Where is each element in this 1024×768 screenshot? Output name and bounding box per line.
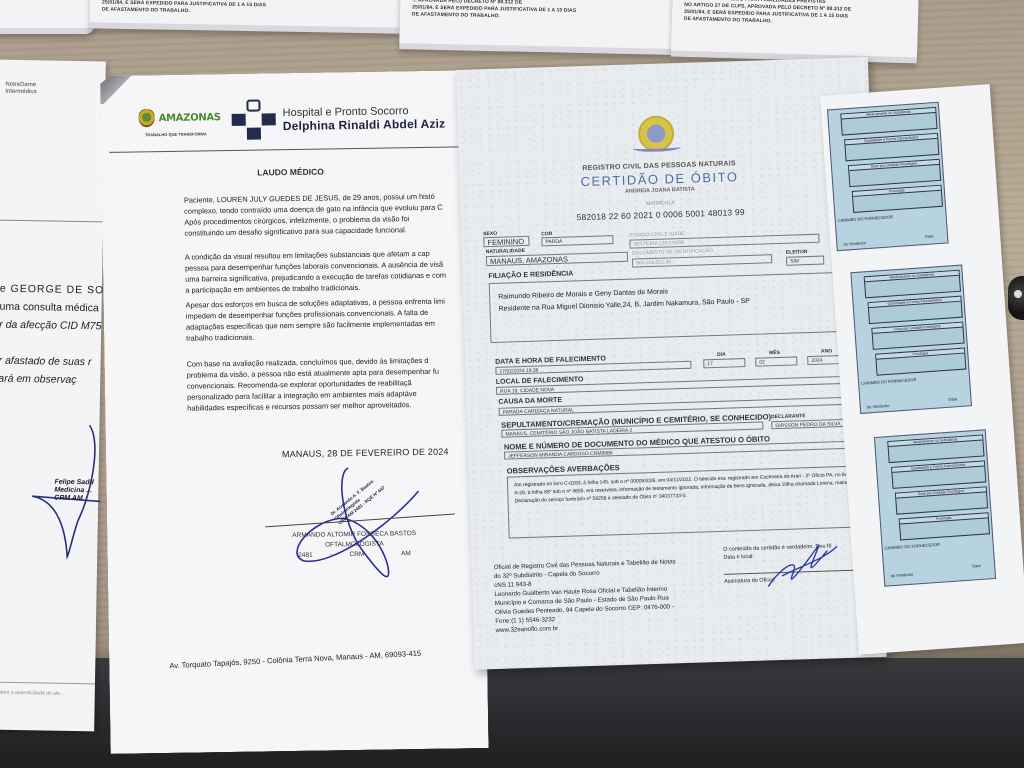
logo-line: Intermédica [5, 89, 36, 97]
form-caption: Quantidade e Forma Farmacêutica [869, 297, 961, 308]
gov-tagline: TRABALHO QUE TRANSFORMA [145, 131, 207, 137]
field-label: DOCUMENTO DE IDENTIFICAÇÃO [632, 248, 713, 257]
divider [0, 681, 95, 685]
form-cell: Posologia [875, 348, 966, 376]
form-cell: Medicamento ou Substância [887, 434, 984, 463]
paper-stack-1 [0, 0, 95, 28]
paragraph-1: Paciente, LOUREN JULY GUEDES DE JESUS, d… [184, 190, 485, 239]
form-date-label: Data [925, 233, 934, 239]
form-cell: Dose por Unidade Posológica [848, 159, 941, 187]
amazonas-crest-icon [139, 109, 155, 127]
form-cell: Dose por Unidade Posológica [871, 322, 964, 350]
form-caption: Posologia [853, 186, 941, 197]
marker-pen-icon [1008, 276, 1024, 320]
paragraph-2: A condição da visual resultou em limitaç… [185, 247, 486, 296]
form-caption: Dose por Unidade Posológica [872, 323, 962, 334]
crm-state: AM [401, 549, 411, 559]
field-label: MÊS [769, 350, 780, 356]
form-sign-label: do Vendedor [867, 403, 890, 410]
body-line: uma consulta médica [0, 298, 120, 318]
form-section-label: CARIMBO DO FORNECEDOR [838, 214, 894, 223]
sexo-field: FEMININO [483, 236, 529, 247]
form-cell: Medicamento ou Substância [840, 107, 937, 136]
form-date-label: Data [972, 563, 981, 569]
left-medical-certificate: NotreDame Intermédica e GEORGE DE SOUZ u… [0, 59, 106, 732]
field-label: DIA [717, 352, 726, 358]
prescription-form: Medicamento ou Substância Quantidade e F… [874, 429, 996, 586]
form-caption: Dose por Unidade Posológica [896, 487, 986, 498]
doctor-stamp: Felipe Sadd Medicina ... CRM AM [54, 479, 94, 504]
form-caption: Quantidade e Forma Farmacêutica [845, 134, 937, 145]
hospital-header: Hospital e Pronto Socorro Delphina Rinal… [283, 105, 446, 134]
form-section-label: CARIMBO DO FORNECEDOR [885, 542, 941, 551]
form-cell: Posologia [899, 512, 990, 540]
form-cell: Posologia [852, 185, 943, 213]
field-label: FILIAÇÃO E RESIDÊNCIA [488, 270, 573, 280]
form-caption: Posologia [900, 513, 988, 524]
registry-office-info: Oficial de Registro Civil das Pessoas Na… [494, 557, 678, 635]
form-sign-label: do Vendedor [890, 572, 913, 579]
form-caption: Posologia [876, 349, 964, 360]
body-line: ará em observaç [0, 370, 118, 390]
observacoes-field: Ato registrado no livro C-0283, à folha … [507, 465, 869, 538]
separator: - [382, 550, 384, 560]
cor-field: PARDA [541, 235, 613, 246]
form-cell: Quantidade e Forma Farmacêutica [844, 133, 939, 162]
dia-field: 17 [703, 358, 745, 368]
form-sign-label: do Vendedor [843, 240, 866, 247]
form-caption: Medicamento ou Substância [841, 108, 935, 120]
form-caption: Dose por Unidade Posológica [849, 160, 939, 171]
notredame-logo: NotreDame Intermédica [5, 82, 37, 97]
paper-stack-4: ... ATESTADO É VÁLIDO PARA FINALIDADES P… [671, 0, 919, 57]
mes-field: 02 [755, 356, 797, 366]
gov-logo-text: AMAZONAS [159, 112, 221, 124]
body-line: r da afecção CID M75 [0, 316, 119, 336]
hospital-address: Av. Torquato Tapajós, 9250 - Colônia Ter… [169, 649, 421, 671]
header-divider [109, 146, 469, 153]
laudo-medico-document: AMAZONAS TRABALHO QUE TRANSFORMA Hospita… [100, 70, 489, 754]
documento-field: 964.328.052-36 [632, 254, 772, 267]
marker-cap [1014, 290, 1022, 298]
separator: - [330, 550, 332, 560]
form-cell: Medicamento ou Substância [864, 270, 961, 299]
body-line: r afastado de suas r [0, 352, 119, 372]
form-date-label: Data [948, 396, 957, 402]
field-label: ELEITOR [786, 249, 808, 256]
form-caption: Medicamento ou Substância [888, 436, 982, 448]
paper-stack-3: ... APROVADA PELO DECRETO Nº 89.312 DE 2… [399, 0, 672, 49]
document-title: LAUDO MÉDICO [101, 164, 479, 180]
hospital-name: Delphina Rinaldi Abdel Aziz [283, 117, 446, 134]
form-cell: Quantidade e Forma Farmacêutica [867, 296, 962, 325]
body-line [0, 334, 119, 354]
field-label: ANO [821, 348, 832, 354]
divider [0, 219, 103, 223]
field-label: DECLARANTE [771, 413, 806, 420]
certificate-body: e GEORGE DE SOUZ uma consulta médica r d… [0, 280, 120, 390]
filiacao-field: Raimundo Ribeiro de Morais e Geny Dantas… [489, 272, 843, 343]
footer-text: conferir a autenticidade do ate... [0, 690, 64, 697]
form-caption: Quantidade e Forma Farmacêutica [892, 461, 984, 472]
place-date: MANAUS, 28 DE FEVEREIRO DE 2024 [282, 447, 449, 460]
doctor-identification: ARMANDO ALTOMIR FONSECA BASTOS OFTALMOLO… [269, 529, 439, 562]
form-cell: Quantidade e Forma Farmacêutica [891, 460, 986, 489]
field-label: NATURALIDADE [486, 248, 526, 255]
amazonas-logo: AMAZONAS [139, 108, 221, 127]
seal-ribbon [632, 143, 680, 153]
form-section-label: CARIMBO DO FORNECEDOR [861, 377, 917, 386]
prescription-form: Medicamento ou Substância Quantidade e F… [827, 102, 949, 251]
paragraph-4: Com base na avaliação realizada, concluí… [186, 354, 487, 414]
form-cell: Dose por Unidade Posológica [895, 486, 988, 514]
paragraph-3: Apesar dos esforços em busca de soluções… [186, 295, 487, 344]
certidao-de-obito-document: REGISTRO CIVIL DAS PESSOAS NATURAIS CERT… [456, 57, 887, 670]
crm-number: 2481 [298, 551, 313, 561]
body-line: e GEORGE DE SOUZ [0, 280, 120, 300]
hospital-cross-icon [231, 99, 276, 140]
field-label: CAUSA DA MORTE [498, 397, 562, 406]
stamp-line: CRM AM [54, 495, 93, 504]
signature-icon [761, 534, 843, 596]
prescription-form: Medicamento ou Substância Quantidade e F… [850, 264, 972, 413]
form-caption: Medicamento ou Substância [865, 271, 959, 283]
crm-label: CRM [349, 550, 364, 560]
eleitor-field: SIM [786, 256, 824, 266]
